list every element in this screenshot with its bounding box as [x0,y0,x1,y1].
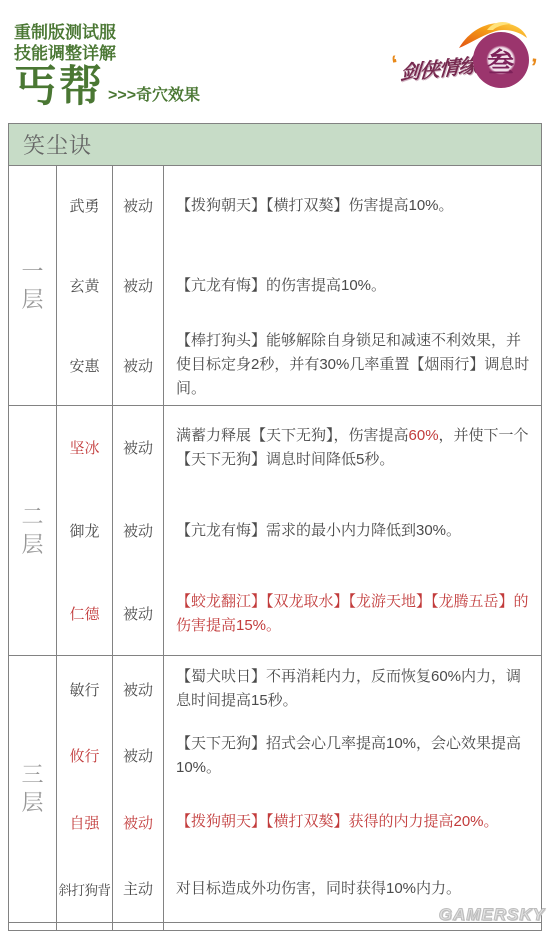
page-header: 重制版测试服 技能调整详解 丐帮 >>>奇穴效果 ‘ 剑侠情缘 [0,0,550,120]
skill-name: 攸行 [69,745,99,766]
skill-type-cell: 被动 [113,246,164,326]
desc-segment: 【拨狗朝天】【横打双獒】伤害提高10%。 [176,197,454,214]
group-rows: 敏行被动【蜀犬吠日】不再消耗内力，反而恢复60%内力，调息时间提高15秒。攸行被… [57,656,541,922]
table-title-bar: 笑尘诀 [9,124,541,166]
skill-desc: 【亢龙有悔】的伤害提高10%。 [164,246,541,326]
skill-name-cell: 安惠 [57,325,113,405]
skill-type-cell: 被动 [113,325,164,405]
skill-name: 安惠 [69,355,99,376]
skill-name-cell: 武勇 [57,166,113,246]
group-rows: 武勇被动【拨狗朝天】【横打双獒】伤害提高10%。玄黄被动【亢龙有悔】的伤害提高1… [57,166,541,405]
layer-group: 三层敏行被动【蜀犬吠日】不再消耗内力，反而恢复60%内力，调息时间提高15秒。攸… [9,656,541,923]
group-rows: 坚冰被动满蓄力释展【天下无狗】，伤害提高60%，并使下一个【天下无狗】调息时间降… [57,406,541,655]
watermark: GAMERSKY [439,905,545,925]
skill-name-cell: 攸行 [57,723,113,790]
table-row: 仁德被动【蛟龙翻江】【双龙取水】【龙游天地】【龙腾五岳】的伤害提高15%。 [57,572,541,655]
skill-name-cell: 坚冰 [57,406,113,489]
layer-label: 三层 [20,761,46,817]
desc-segment: 【棒打狗头】能够解除自身锁足和减速不利效果，并使目标定身2秒，并有30%几率重置… [176,332,529,397]
layer-label: 一层 [20,258,46,314]
jx3-logo: ‘ 剑侠情缘 叁 ’ [392,22,548,98]
layer-cell: 二层 [9,406,57,655]
subtitle-line1: 重制版测试服 [14,22,200,43]
skill-name: 仁德 [69,603,99,624]
title-suffix: >>>奇穴效果 [108,82,200,109]
desc-segment: 【天下无狗】招式会心几率提高10%，会心效果提高10%。 [176,735,521,776]
logo-close-quote-icon: ’ [528,56,538,81]
skill-desc: 【拨狗朝天】【横打双獒】获得的内力提高20%。 [164,789,541,856]
skill-type: 被动 [123,437,153,458]
skill-type-cell: 被动 [113,406,164,489]
skill-type: 主动 [123,878,153,899]
skill-desc: 【蜀犬吠日】不再消耗内力，反而恢复60%内力，调息时间提高15秒。 [164,656,541,723]
table-row: 自强被动【拨狗朝天】【横打双獒】获得的内力提高20%。 [57,789,541,856]
skill-name: 御龙 [69,520,99,541]
logo-seal-char: 叁 [473,32,529,88]
skill-type-cell: 被动 [113,166,164,246]
skill-type: 被动 [123,520,153,541]
logo-seal: 叁 [473,32,529,88]
skill-name-cell: 敏行 [57,656,113,723]
skill-type-cell: 被动 [113,656,164,723]
desc-segment: 【亢龙有悔】需求的最小内力降低到30%。 [176,522,461,539]
title-row: 丐帮 >>>奇穴效果 [14,65,200,109]
table-title: 笑尘诀 [23,129,92,160]
skill-type-cell: 被动 [113,789,164,856]
page: 重制版测试服 技能调整详解 丐帮 >>>奇穴效果 ‘ 剑侠情缘 [0,0,550,931]
skill-name: 坚冰 [69,437,99,458]
header-text-block: 重制版测试服 技能调整详解 丐帮 >>>奇穴效果 [14,22,200,109]
desc-segment: 【蛟龙翻江】【双龙取水】【龙游天地】【龙腾五岳】的伤害提高15%。 [176,593,529,634]
subtitle-line2: 技能调整详解 [14,43,200,64]
skill-name: 武勇 [69,195,99,216]
desc-segment: 对目标造成外功伤害，同时获得10%内力。 [176,880,461,897]
skill-name: 玄黄 [69,275,99,296]
skill-type: 被动 [123,355,153,376]
page-title: 丐帮 [14,65,104,109]
skill-desc: 【拨狗朝天】【横打双獒】伤害提高10%。 [164,166,541,246]
skill-type-cell: 被动 [113,572,164,655]
desc-segment: 【蜀犬吠日】不再消耗内力，反而恢复60%内力，调息时间提高15秒。 [176,668,521,709]
skill-type-cell: 被动 [113,723,164,790]
layer-group: 二层坚冰被动满蓄力释展【天下无狗】，伤害提高60%，并使下一个【天下无狗】调息时… [9,406,541,656]
table-row: 御龙被动【亢龙有悔】需求的最小内力降低到30%。 [57,489,541,572]
skill-desc: 满蓄力释展【天下无狗】，伤害提高60%，并使下一个【天下无狗】调息时间降低5秒。 [164,406,541,489]
skill-desc: 【亢龙有悔】需求的最小内力降低到30%。 [164,489,541,572]
skill-name-cell: 仁德 [57,572,113,655]
table-row: 坚冰被动满蓄力释展【天下无狗】，伤害提高60%，并使下一个【天下无狗】调息时间降… [57,406,541,489]
skill-name-cell: 玄黄 [57,246,113,326]
skill-desc: 【天下无狗】招式会心几率提高10%，会心效果提高10%。 [164,723,541,790]
logo-calligraphy-text: 剑侠情缘 [399,49,478,86]
skill-name: 斜打狗背 [59,879,111,899]
skill-type: 被动 [123,603,153,624]
skill-desc: 【棒打狗头】能够解除自身锁足和减速不利效果，并使目标定身2秒，并有30%几率重置… [164,325,541,405]
layer-cell: 三层 [9,656,57,922]
layer-label: 二层 [20,503,46,559]
layer-group: 一层武勇被动【拨狗朝天】【横打双獒】伤害提高10%。玄黄被动【亢龙有悔】的伤害提… [9,166,541,406]
skill-type: 被动 [123,745,153,766]
skill-name: 敏行 [69,679,99,700]
table-row: 武勇被动【拨狗朝天】【横打双獒】伤害提高10%。 [57,166,541,246]
desc-segment: 满蓄力释展【天下无狗】，伤害提高 [176,427,409,444]
table-row: 敏行被动【蜀犬吠日】不再消耗内力，反而恢复60%内力，调息时间提高15秒。 [57,656,541,723]
skill-type-cell: 被动 [113,489,164,572]
table-row: 攸行被动【天下无狗】招式会心几率提高10%，会心效果提高10%。 [57,723,541,790]
skill-type: 被动 [123,812,153,833]
desc-segment: 60% [409,427,439,444]
layer-cell: 一层 [9,166,57,405]
skill-type-cell: 主动 [113,856,164,923]
skill-type: 被动 [123,275,153,296]
partial-layer-cell [9,923,57,931]
skill-table: 笑尘诀 一层武勇被动【拨狗朝天】【横打双獒】伤害提高10%。玄黄被动【亢龙有悔】… [8,123,542,931]
skill-name-cell: 自强 [57,789,113,856]
desc-segment: 【亢龙有悔】的伤害提高10%。 [176,277,386,294]
table-row: 安惠被动【棒打狗头】能够解除自身锁足和减速不利效果，并使目标定身2秒，并有30%… [57,325,541,405]
skill-type: 被动 [123,195,153,216]
skill-name: 自强 [69,812,99,833]
desc-segment: 【拨狗朝天】【横打双獒】获得的内力提高20%。 [176,813,499,830]
skill-name-cell: 御龙 [57,489,113,572]
skill-type: 被动 [123,679,153,700]
table-body: 一层武勇被动【拨狗朝天】【横打双獒】伤害提高10%。玄黄被动【亢龙有悔】的伤害提… [9,166,541,923]
skill-name-cell: 斜打狗背 [57,856,113,923]
table-row: 玄黄被动【亢龙有悔】的伤害提高10%。 [57,246,541,326]
skill-desc: 【蛟龙翻江】【双龙取水】【龙游天地】【龙腾五岳】的伤害提高15%。 [164,572,541,655]
logo-open-quote-icon: ‘ [390,53,401,78]
